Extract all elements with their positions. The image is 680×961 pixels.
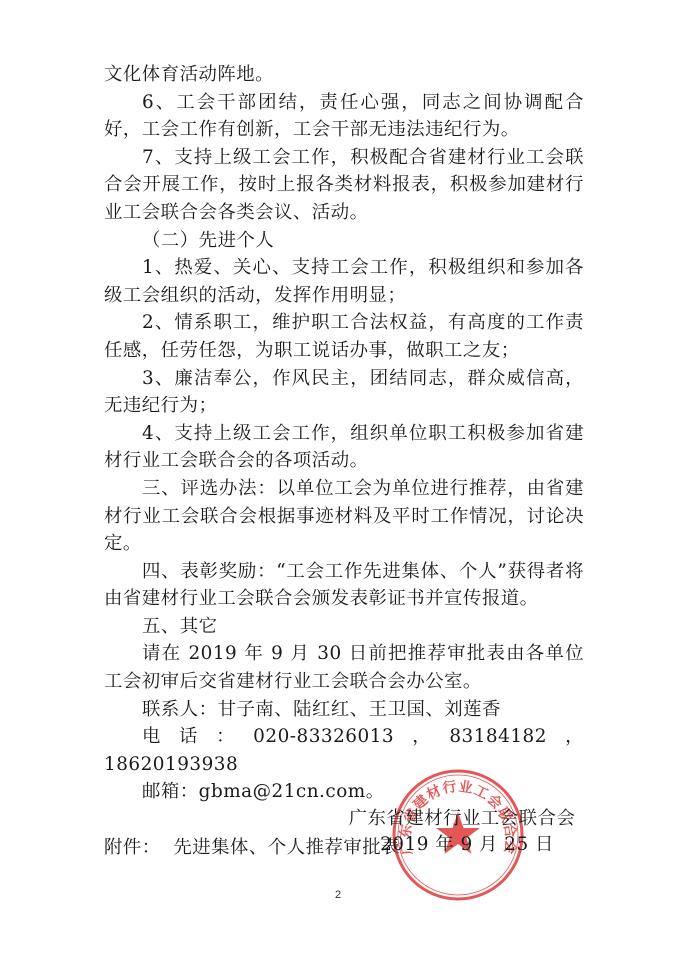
signature-organization: 广东省建材行业工会联合会: [347, 806, 577, 832]
page-number: 2: [335, 889, 341, 901]
paragraph-individual-3: 3、廉洁奉公，作风民主，团结同志，群众威信高，无违纪行为；: [104, 365, 584, 420]
signature-block: 广东省建材行业工会联合会 2019 年 9 月 25 日: [347, 806, 577, 858]
section-awards: 四、表彰奖励：“工会工作先进集体、个人”获得者将由省建材行业工会联合会颁发表彰证…: [104, 558, 584, 613]
paragraph-item-7: 7、支持上级工会工作，积极配合省建材行业工会联合会开展工作，按时上报各类材料报表…: [104, 144, 584, 227]
paragraph-item-6: 6、工会干部团结，责任心强，同志之间协调配合好，工会工作有创新，工会干部无违法违…: [104, 89, 584, 144]
section-heading-advanced-individual: （二）先进个人: [104, 227, 584, 255]
paragraph-deadline: 请在 2019 年 9 月 30 日前把推荐审批表由各单位工会初审后交省建材行业…: [104, 640, 584, 695]
section-selection-method: 三、评选办法：以单位工会为单位进行推荐，由省建材行业工会联合会根据事迹材料及平时…: [104, 475, 584, 558]
signature-date: 2019 年 9 月 25 日: [347, 832, 577, 858]
paragraph-individual-4: 4、支持上级工会工作，组织单位职工积极参加省建材行业工会联合会的各项活动。: [104, 420, 584, 475]
document-body: 文化体育活动阵地。 6、工会干部团结，责任心强，同志之间协调配合好，工会工作有创…: [104, 61, 584, 861]
document-page: 文化体育活动阵地。 6、工会干部团结，责任心强，同志之间协调配合好，工会工作有创…: [0, 0, 680, 961]
paragraph-individual-1: 1、热爱、关心、支持工会工作，积极组织和参加各级工会组织的活动，发挥作用明显；: [104, 254, 584, 309]
contact-persons: 联系人：甘子南、陆红红、王卫国、刘莲香: [104, 696, 584, 724]
paragraph-continuation: 文化体育活动阵地。: [104, 61, 584, 89]
paragraph-individual-2: 2、情系职工，维护职工合法权益，有高度的工作责任感，任劳任怨，为职工说话办事，做…: [104, 309, 584, 364]
section-other-heading: 五、其它: [104, 613, 584, 641]
